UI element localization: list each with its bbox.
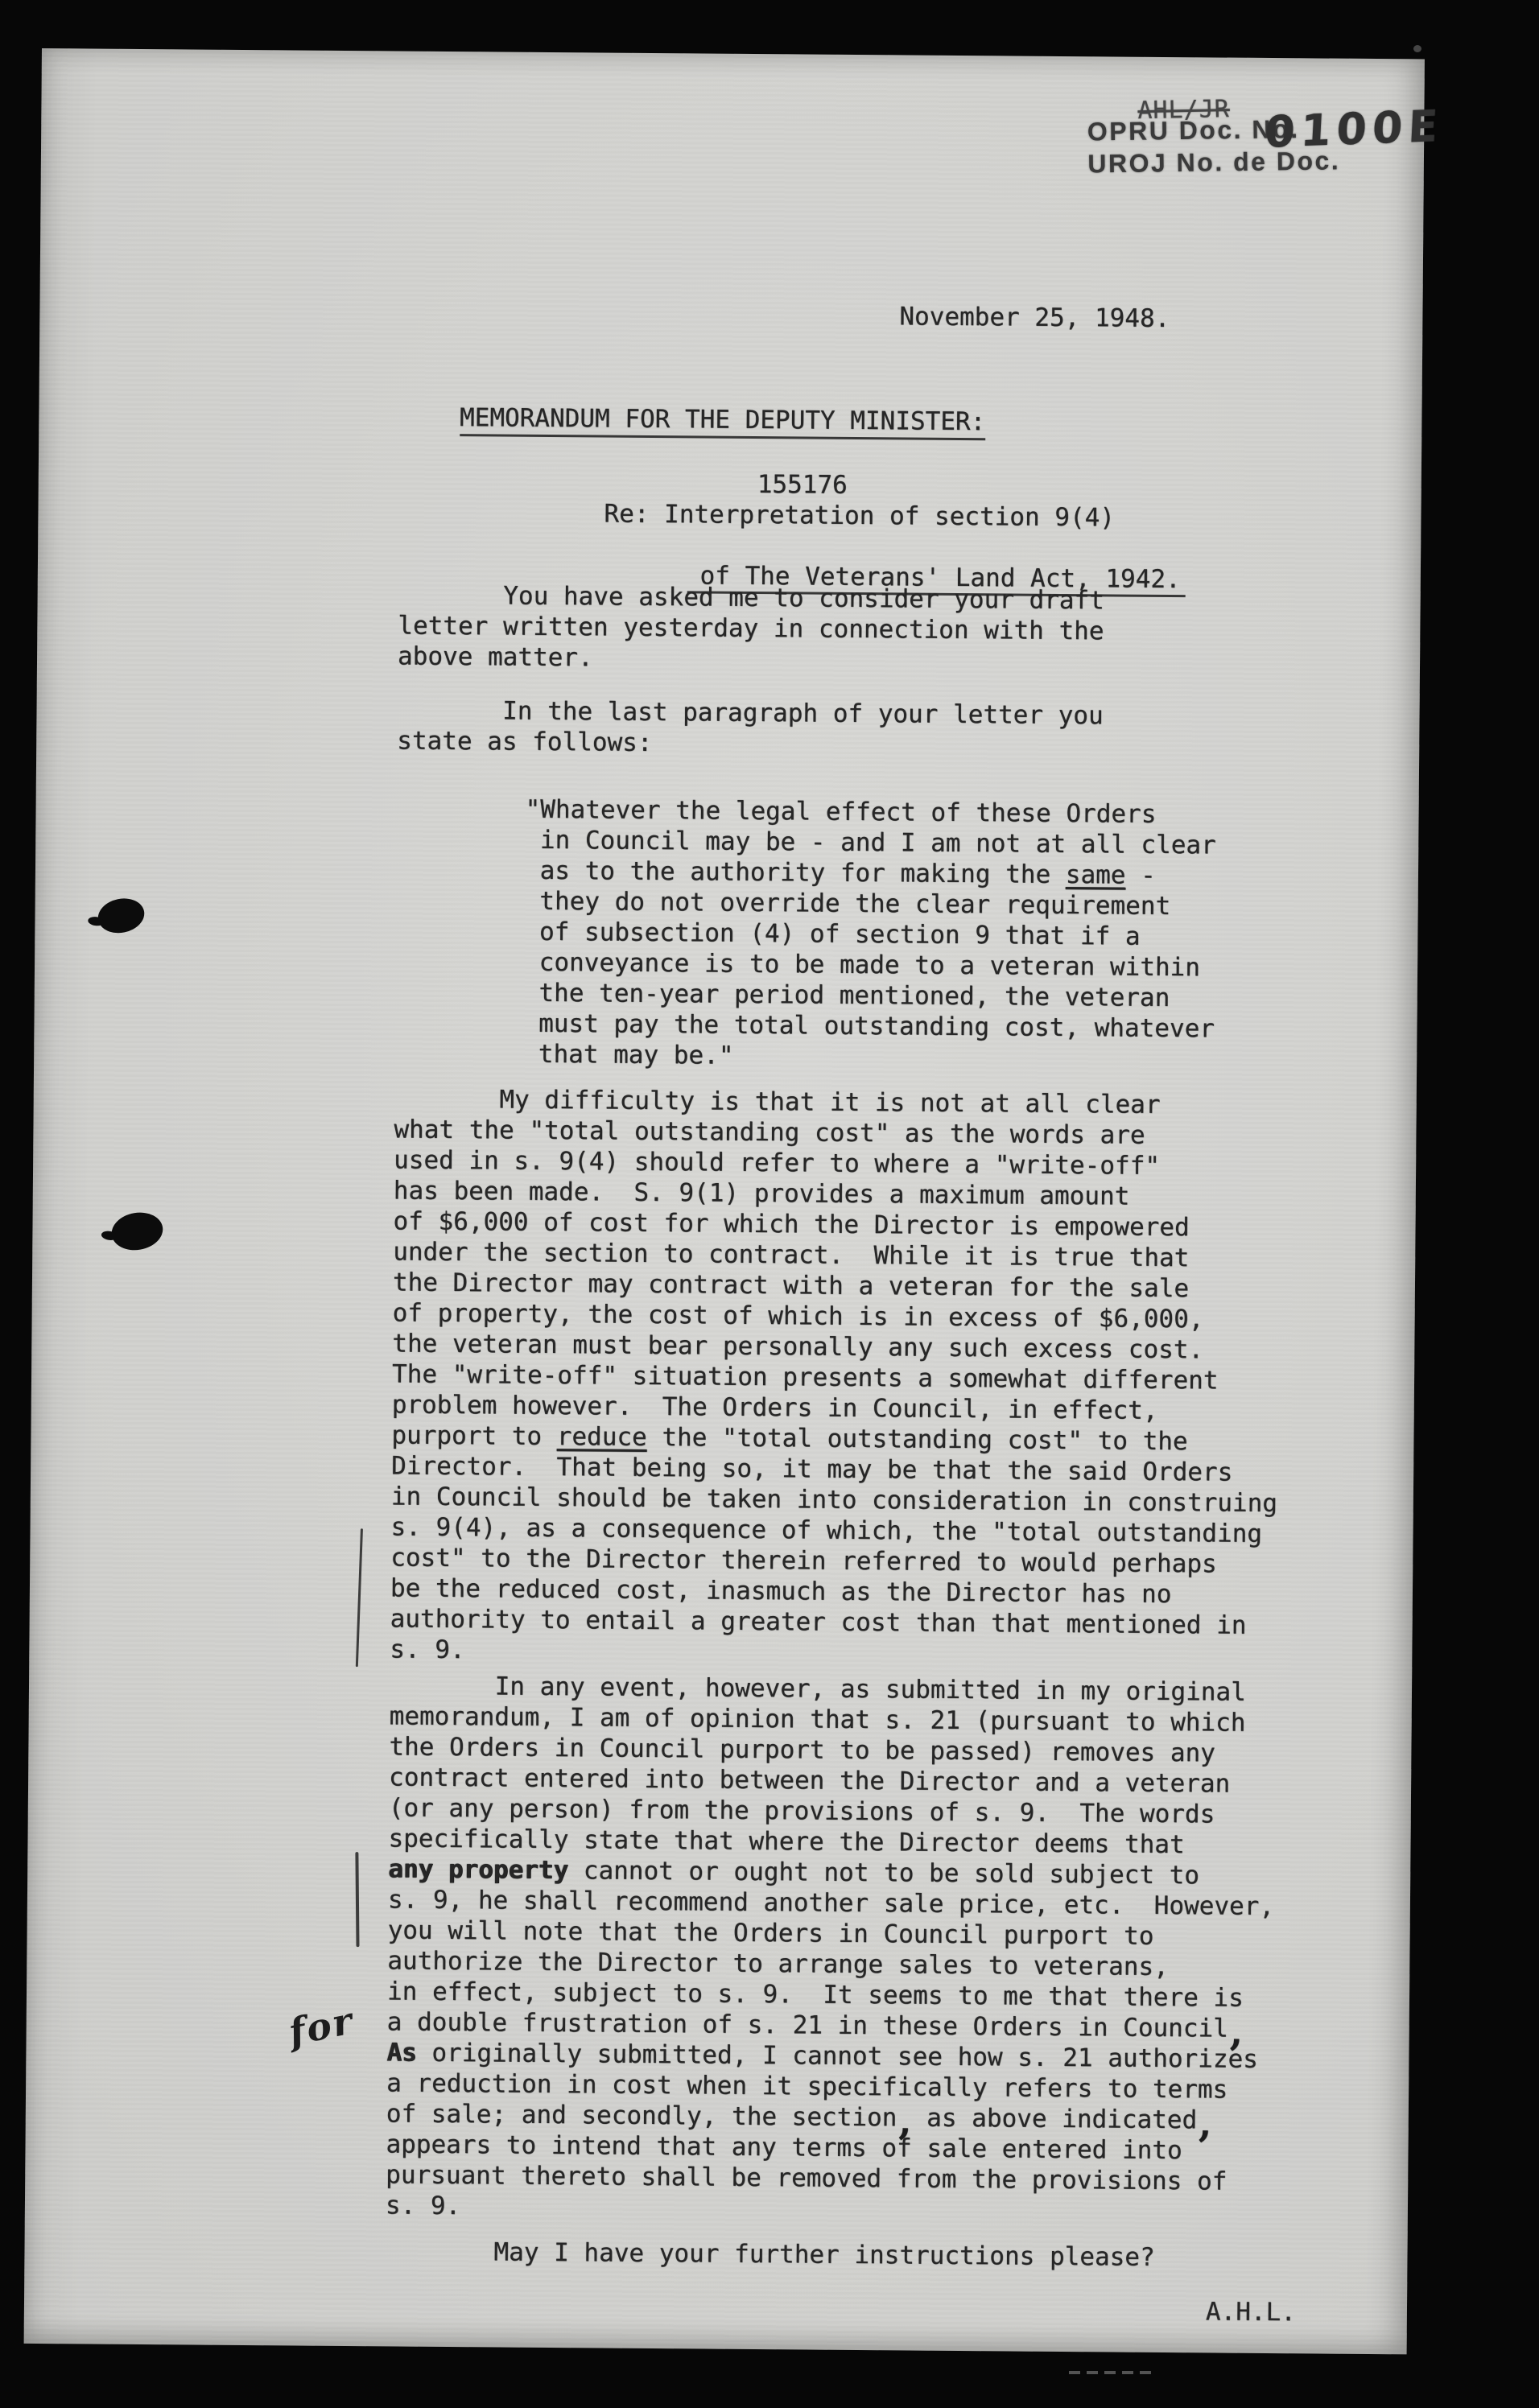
- paragraph-3: My difficulty is that it is not at all c…: [390, 1083, 1281, 1672]
- memo-heading: MEMORANDUM FOR THE DEPUTY MINISTER:: [399, 372, 986, 468]
- handwritten-margin-note: for: [285, 1998, 357, 2054]
- punch-hole-bottom: [109, 1209, 166, 1254]
- margin-line-mark-2: [355, 1852, 359, 1947]
- date-line: November 25, 1948.: [899, 301, 1170, 334]
- punch-hole-top: [95, 894, 147, 937]
- scan-dash-artifact: [1069, 2371, 1153, 2374]
- paragraph-2: In the last paragraph of your letter you…: [397, 695, 1104, 761]
- author-initials: A.H.L.: [1206, 2296, 1296, 2328]
- paragraph-1: You have asked me to consider your draft…: [398, 579, 1104, 677]
- memo-heading-text: MEMORANDUM FOR THE DEPUTY MINISTER:: [460, 403, 986, 440]
- file-number: 155176: [757, 469, 848, 501]
- blockquote: "Whatever the legal effect of these Orde…: [523, 794, 1216, 1075]
- closing-line: May I have your further instructions ple…: [493, 2237, 1154, 2272]
- paragraph-4: In any event, however, as submitted in m…: [386, 1670, 1276, 2228]
- scan-speck: [1413, 45, 1421, 52]
- margin-line-mark-1: [356, 1528, 363, 1667]
- typed-body: You have asked me to consider your draft…: [42, 48, 1425, 59]
- handwritten-doc-number: 0100E: [1264, 101, 1445, 158]
- subject-line-1: Re: Interpretation of section 9(4): [604, 499, 1115, 534]
- memo-paper: AHL/JR OPRU Doc. No. UROJ No. de Doc. 01…: [24, 48, 1425, 2354]
- scanned-memo-screenshot: { "stamp": { "typed_ref": "AHL/JR", "lin…: [0, 0, 1539, 2408]
